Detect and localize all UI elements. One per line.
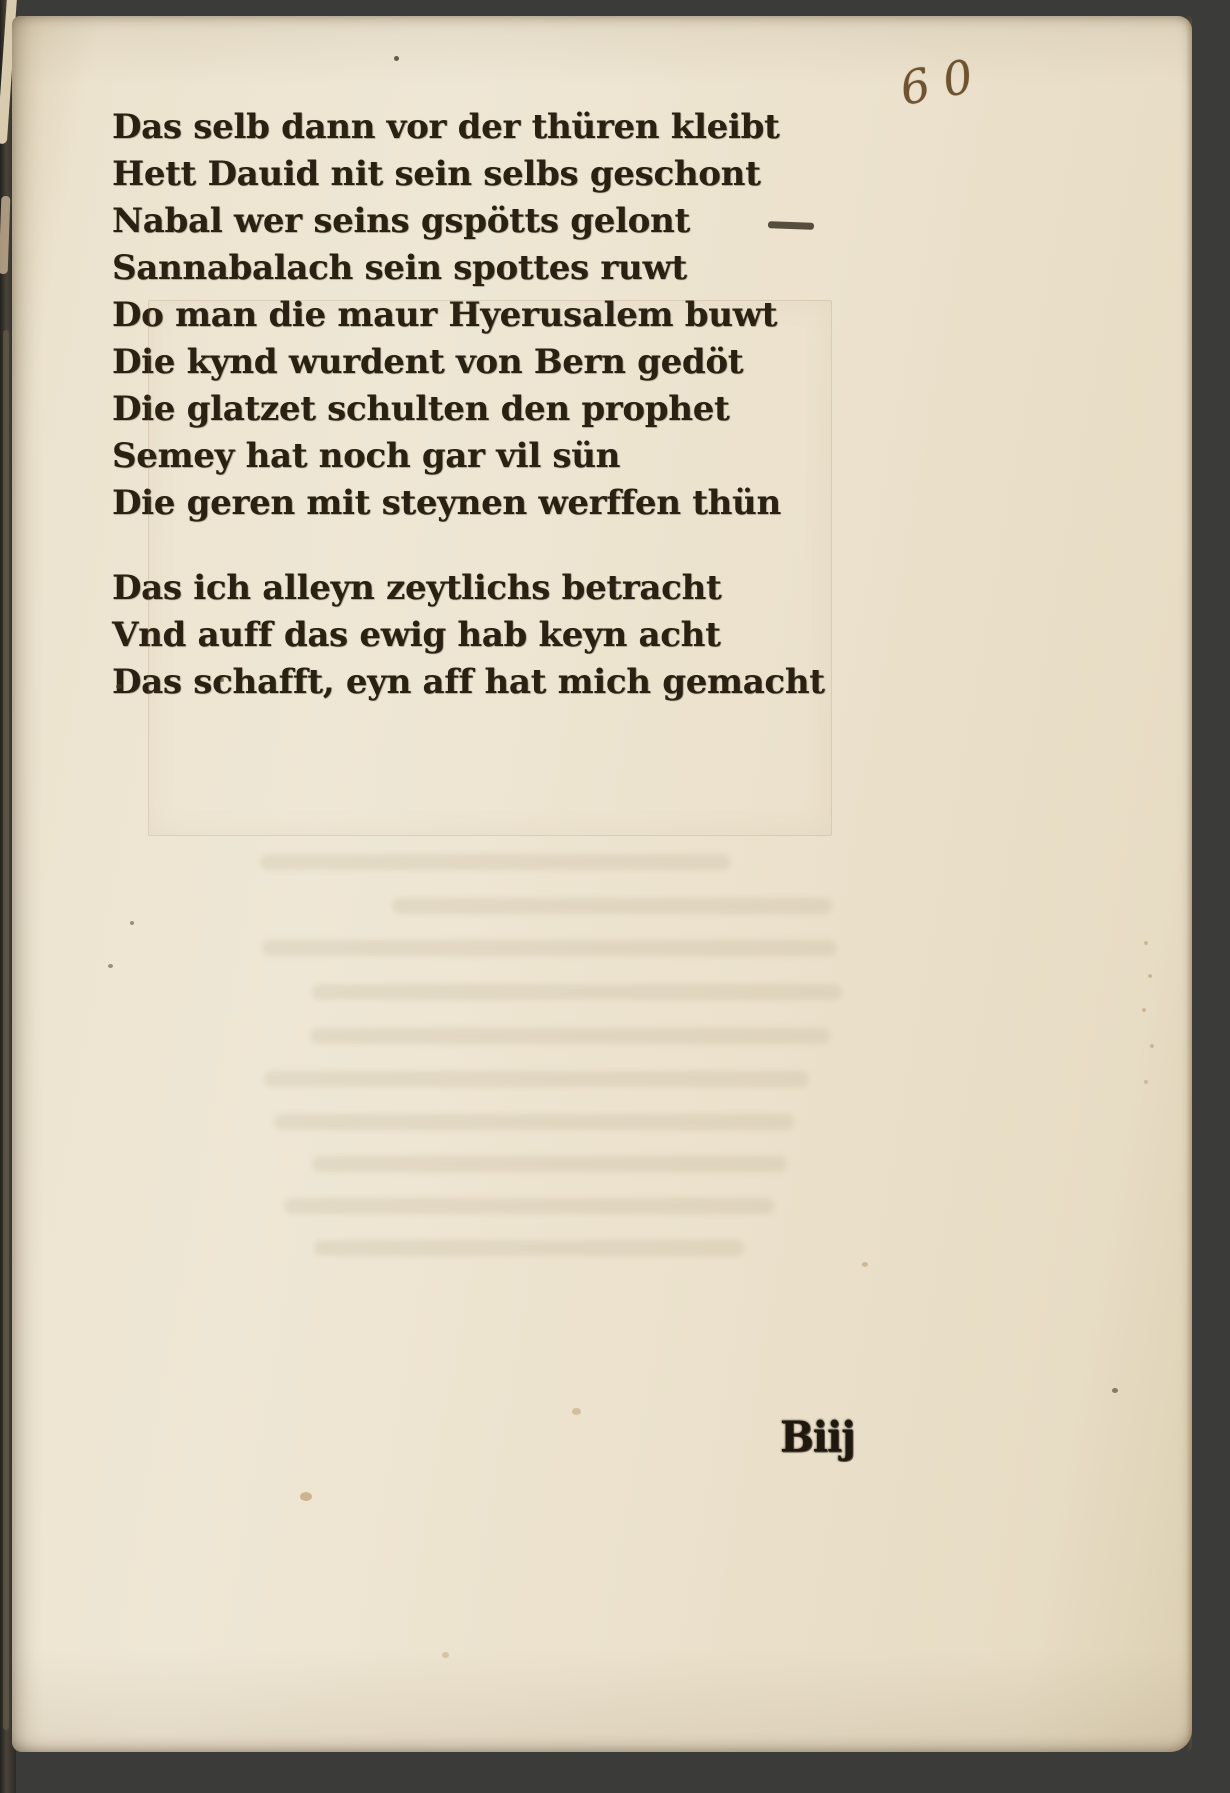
page-fore-edge [0, 196, 10, 274]
page-fore-edge [3, 330, 9, 1730]
paper-page: 60 Das selb dann vor der thüren kleibt H… [12, 16, 1192, 1752]
poem-line: Hett Dauid nit sein selbs geschont [112, 151, 832, 198]
poem-line: Nabal wer seins gspötts gelont [112, 198, 832, 245]
book-page-scan: 60 Das selb dann vor der thüren kleibt H… [0, 0, 1230, 1793]
poem-line: Das selb dann vor der thüren kleibt [112, 104, 832, 151]
handwritten-folio-number: 60 [896, 46, 991, 116]
page-edge [1186, 16, 1192, 1752]
poem-line: Sannabalach sein spottes ruwt [112, 245, 832, 292]
blind-impression [148, 300, 832, 836]
signature-mark: Biij [780, 1413, 855, 1462]
